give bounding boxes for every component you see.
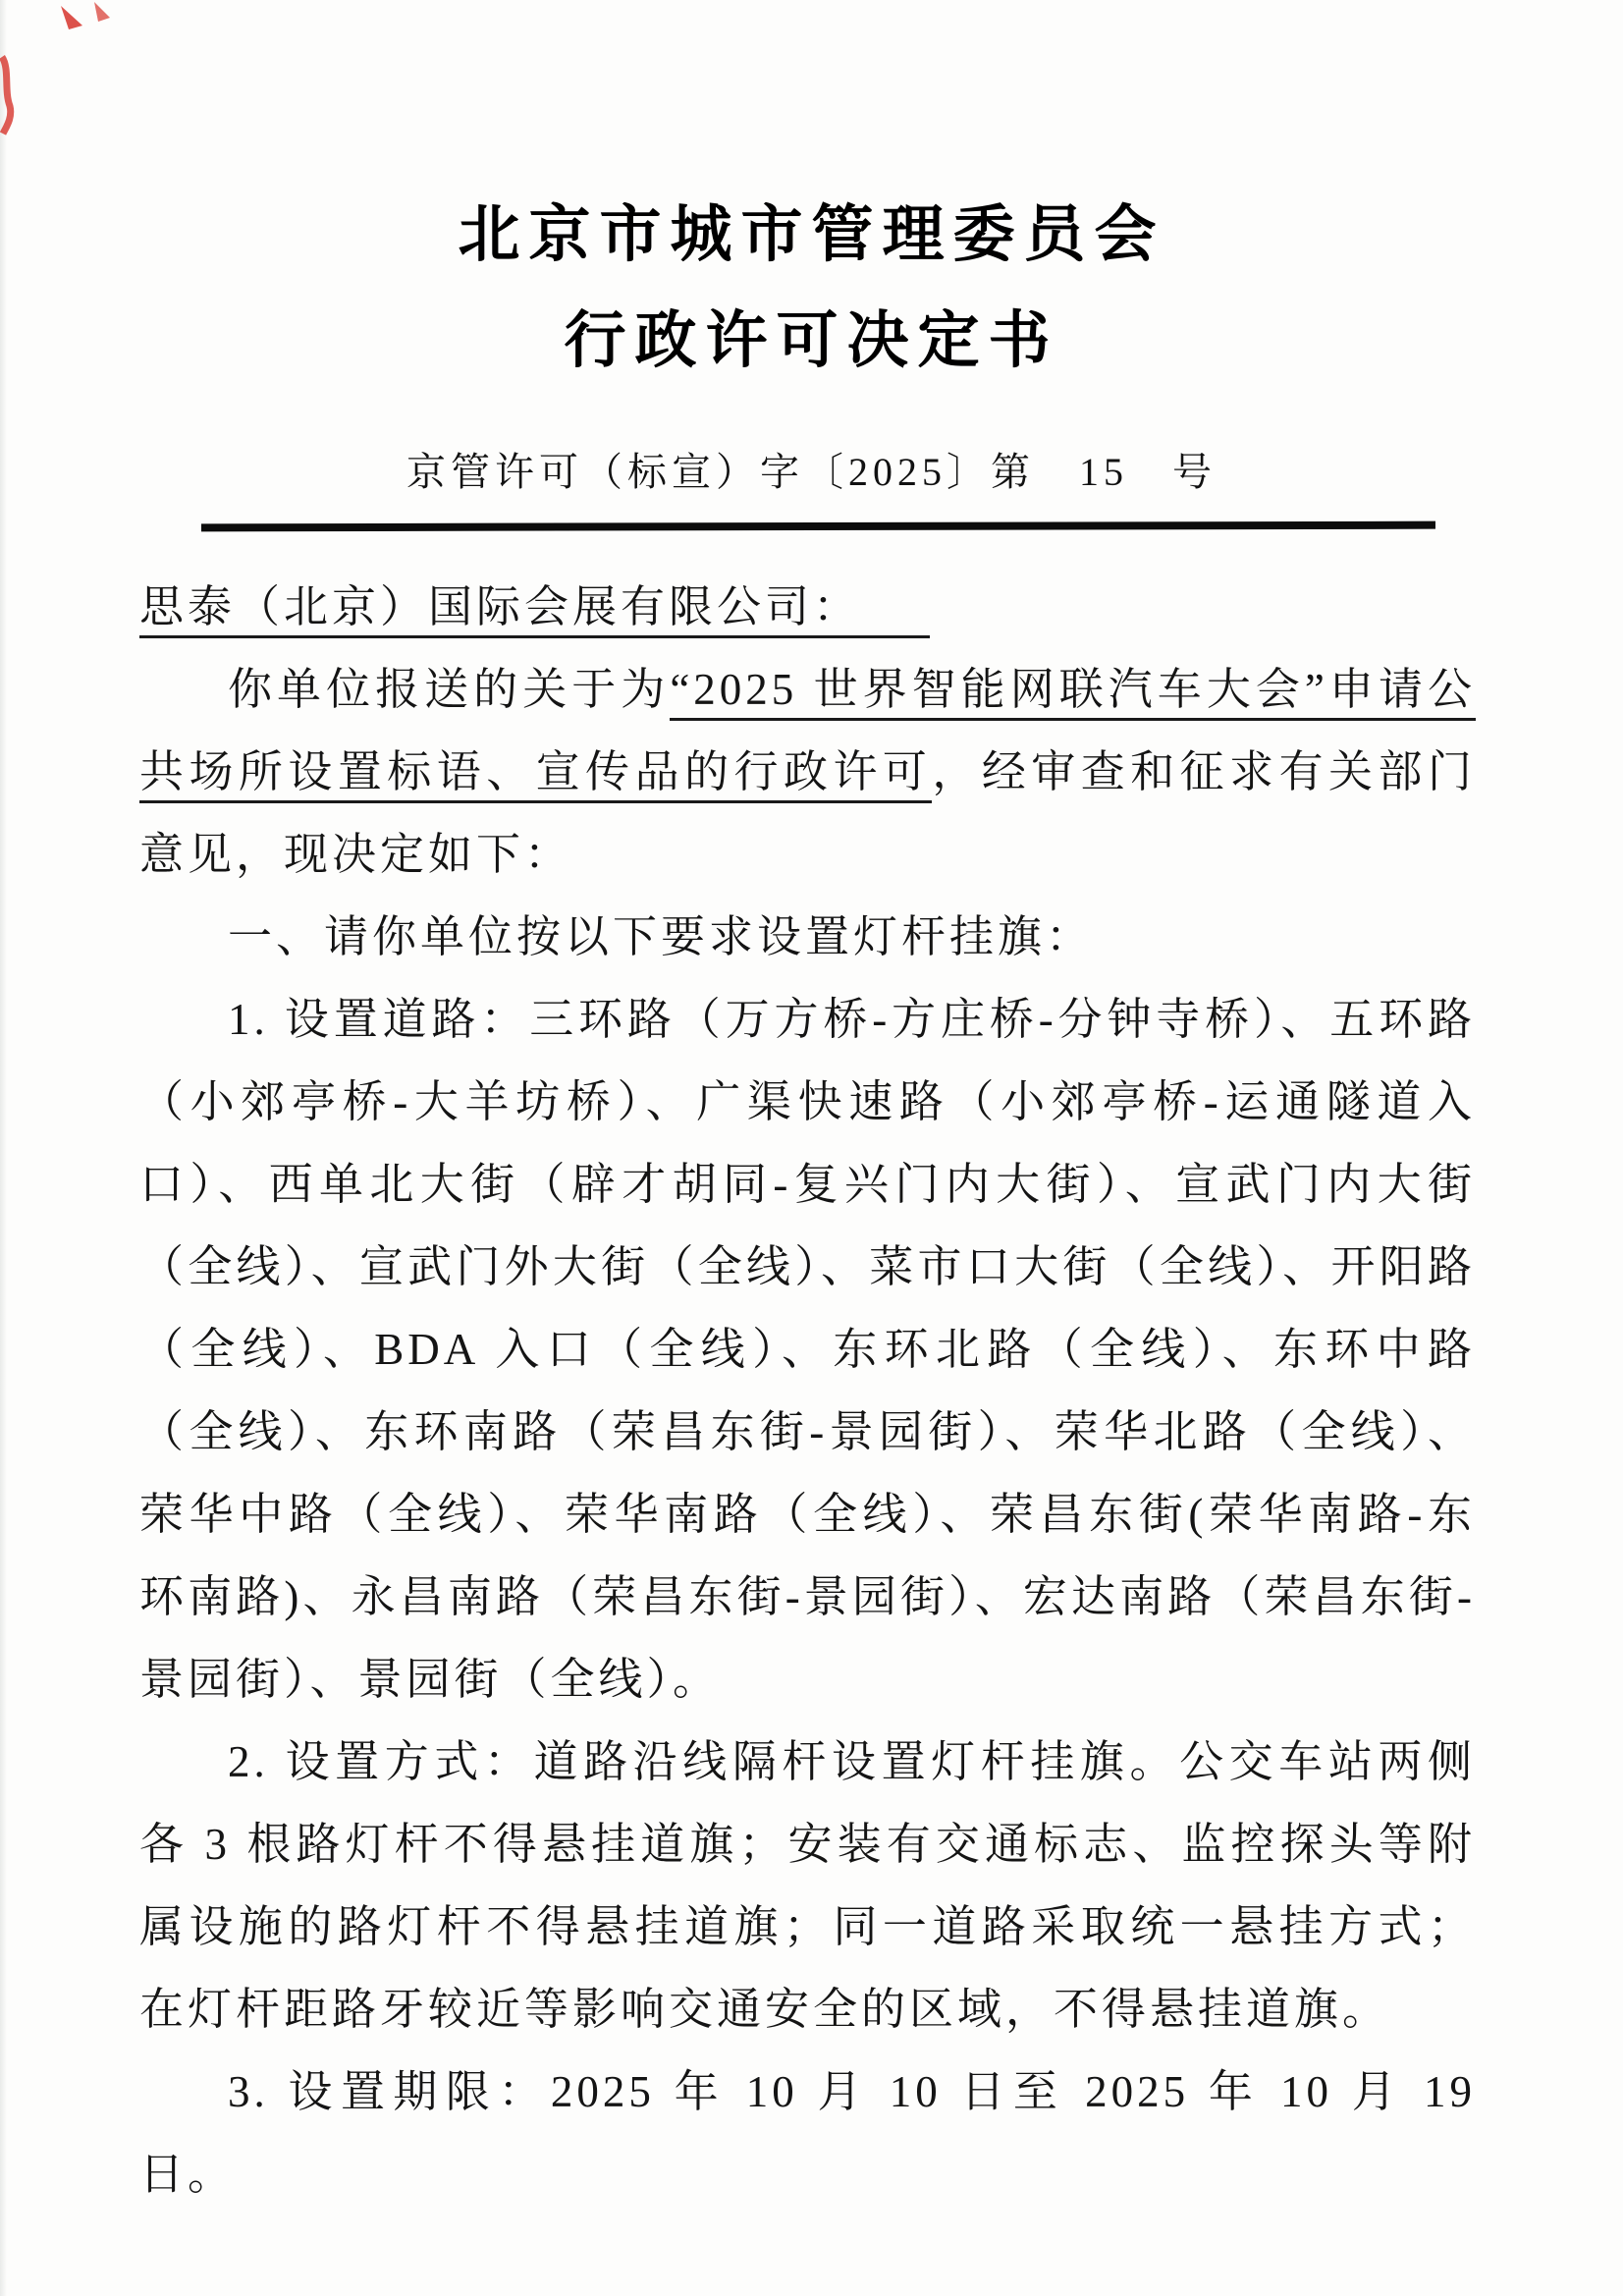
document-number: 京管许可（标宣）字〔2025〕第 15 号 xyxy=(0,441,1623,497)
recipient-name: 思泰（北京）国际会展有限公司： xyxy=(139,582,930,638)
body-text: 1. 设置道路：三环路（万方桥-方庄桥-分钟寺桥）、五环路（小郊亭桥-大羊坊桥）… xyxy=(139,995,1476,1704)
body-text: 2. 设置方式：道路沿线隔杆设置灯杆挂旗。公交车站两侧各 3 根路灯杆不得悬挂道… xyxy=(139,1737,1476,2034)
body-paragraph: 你单位报送的关于为“2025 世界智能网联汽车大会”申请公共场所设置标语、宣传品… xyxy=(139,648,1476,896)
body-text: 你单位报送的关于为 xyxy=(228,665,670,714)
document-body: 思泰（北京）国际会展有限公司： 你单位报送的关于为“2025 世界智能网联汽车大… xyxy=(0,530,1623,2215)
body-paragraph: 一、请你单位按以下要求设置灯杆挂旗： xyxy=(139,896,1476,978)
scan-edge-shadow xyxy=(0,0,7,2296)
body-text: 3. 设置期限：2025 年 10 月 10 日至 2025 年 10 月 19… xyxy=(139,2067,1476,2199)
recipient-line: 思泰（北京）国际会展有限公司： xyxy=(139,566,1476,648)
body-paragraph: 3. 设置期限：2025 年 10 月 10 日至 2025 年 10 月 19… xyxy=(139,2050,1476,2215)
body-text: 一、请你单位按以下要求设置灯杆挂旗： xyxy=(228,912,1094,961)
page-title-line2: 行政许可决定书 xyxy=(0,288,1623,394)
document-page: 北京市城市管理委员会 行政许可决定书 京管许可（标宣）字〔2025〕第 15 号… xyxy=(0,0,1623,2296)
body-paragraph: 2. 设置方式：道路沿线隔杆设置灯杆挂旗。公交车站两侧各 3 根路灯杆不得悬挂道… xyxy=(139,1721,1476,2050)
document-header: 北京市城市管理委员会 行政许可决定书 xyxy=(0,0,1623,394)
page-title-line1: 北京市城市管理委员会 xyxy=(0,182,1623,288)
body-paragraph: 1. 设置道路：三环路（万方桥-方庄桥-分钟寺桥）、五环路（小郊亭桥-大羊坊桥）… xyxy=(139,978,1476,1721)
